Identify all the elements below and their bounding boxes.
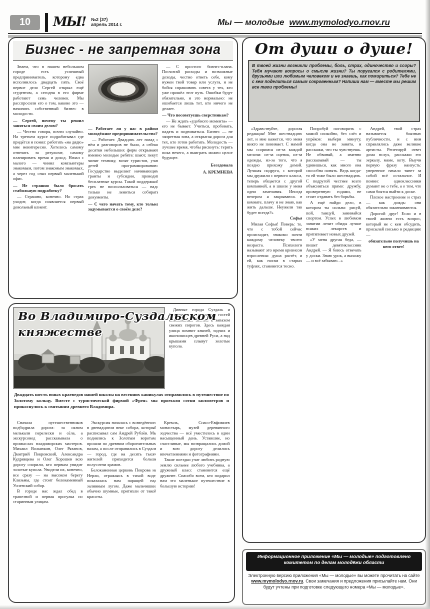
paragraph: В городе нас ждал обед в трапезной и пер… (13, 489, 83, 505)
article-soul: От души о душе! В твоей жизни возникли п… (242, 37, 426, 543)
paragraph: Андрей, твой страх называется боязнью пу… (366, 126, 421, 194)
site-url-link[interactable]: www.mymolodyo.rnov.ru (289, 17, 390, 27)
issue-info: №2 (37) апрель 2014 г. (91, 17, 131, 28)
paragraph: Дорогой друг! Если и в твоей жизни есть … (366, 211, 421, 237)
footer-site-link[interactable]: www.mymolodyo.rnov.ru (251, 579, 303, 584)
suzdal-lead-text: Двадцать шесть юных краеведов нашей школ… (14, 392, 229, 410)
masthead: Мы — молодые www.mymolodyo.rnov.ru (218, 17, 390, 27)
paragraph: Милая Софья! Поверь: то, что с тобой сей… (247, 221, 302, 268)
newspaper-page: 10 МЫ! №2 (37) апрель 2014 г. Мы — молод… (0, 0, 430, 609)
paragraph: Белокаменная церковь Покрова на Нерли, о… (87, 468, 157, 499)
article-suzdal: Во Владимиро-Суздальском княжестве (8, 303, 235, 603)
paragraph: Плохое настроение и страх — как дождь: о… (366, 195, 421, 211)
paragraph: «У меня другая беда, — пишет девятикласс… (306, 237, 361, 263)
footer-note-before: Электронную версию приложения «Мы — моло… (248, 573, 420, 578)
business-col-2: Своё дело — по плечу даже молодым — Рабо… (88, 64, 159, 297)
paragraph: — Страшно, конечно. Но страх уходит, ког… (13, 194, 84, 210)
soul-intro-box: В твоей жизни возникли проблемы, боль, с… (248, 60, 420, 122)
page-header: 10 МЫ! №2 (37) апрель 2014 г. Мы — молод… (10, 12, 418, 32)
paragraph: — Честно говоря, почти случайно. На трет… (13, 129, 84, 181)
suzdal-col-2: Экскурсия началась с возведённого в двен… (87, 420, 157, 598)
paragraph: А ещё найди дело, в котором ты сильна: р… (306, 200, 361, 237)
paragraph: Кремль, Спасо-Евфимиев монастырь, музей … (160, 420, 230, 457)
soul-columns: «Здравствуйте, дорогая редакция! Мне шес… (247, 126, 421, 547)
business-headline: Бизнес - не запретная зона (13, 41, 233, 61)
suzdal-top-row: Во Владимиро-Суздальском княжестве (13, 307, 230, 389)
paragraph: Такие поездки учат любить родную землю с… (160, 457, 230, 488)
paragraph: — Работает ли у нас в районе молодёжное … (88, 126, 159, 136)
scan-edge-bottom (0, 605, 430, 609)
footer-info-box: Информационное приложение «Мы — молодые»… (242, 549, 426, 605)
paragraph: — С чего начать тому, кто только задумыв… (88, 201, 159, 211)
suzdal-lead-box: Двадцать шесть юных краеведов нашей школ… (14, 392, 229, 418)
soul-intro-text: В твоей жизни возникли проблемы, боль, с… (252, 63, 416, 90)
footer-note: Электронную версию приложения «Мы — моло… (246, 573, 422, 590)
paragraph: Экскурсия началась с возведённого в двен… (87, 420, 157, 467)
paragraph: обязательно получишь на него ответ! (366, 239, 421, 249)
soul-col-3: Андрей, твой страх называется боязнью пу… (366, 126, 421, 547)
footer-banner-text: Информационное приложение «Мы — молодые»… (250, 554, 418, 566)
paper-logo: МЫ! (53, 15, 86, 30)
paragraph: Софья (247, 216, 302, 221)
article-business: Бизнес - не запретная зона Знаем, что в … (8, 37, 238, 299)
business-col-1: Знаем, что в нашем небольшом городе есть… (13, 64, 84, 297)
masthead-title: Мы — молодые (218, 17, 285, 27)
soul-col-1: «Здравствуйте, дорогая редакция! Мне шес… (247, 126, 302, 547)
paragraph: — Не ждать «удобного момента» — его не б… (162, 118, 233, 160)
paragraph: «Здравствуйте, дорогая редакция! Мне шес… (247, 126, 302, 215)
paragraph: — С простого бизнес-плана. Посчитай расх… (162, 64, 233, 111)
business-photo (88, 64, 159, 114)
soul-headline: От души о душе! (247, 41, 421, 58)
issue-date: апрель 2014 г. (91, 22, 131, 27)
paragraph: — Что посоветуешь сверстникам? (162, 113, 233, 118)
paragraph: Сначала путешественников подбодрила доро… (13, 420, 83, 488)
paragraph: — Работает. Двадцать лет назад о нём и р… (88, 137, 159, 200)
paragraph: Беседовала (162, 162, 233, 167)
suzdal-col-1: Сначала путешественников подбодрила доро… (13, 420, 83, 598)
footer-banner: Информационное приложение «Мы — молодые»… (246, 552, 422, 571)
business-col-3: — С простого бизнес-плана. Посчитай расх… (162, 64, 233, 297)
suzdal-columns: Сначала путешественников подбодрила доро… (13, 420, 230, 598)
header-divider (45, 13, 48, 32)
paragraph: Попробуй поговорить с мамой спокойно, бе… (306, 126, 361, 199)
page-number: 10 (10, 15, 40, 30)
soul-col-2: Попробуй поговорить с мамой спокойно, бе… (306, 126, 361, 547)
suzdal-headline: Во Владимиро-Суздальском княжестве (18, 309, 217, 340)
paragraph: Знаем, что в нашем небольшом городе есть… (13, 64, 84, 116)
paragraph: — Не страшно было бросать стабильную под… (13, 183, 84, 193)
footer-note-box: Электронную версию приложения «Мы — моло… (246, 573, 422, 603)
paragraph: — Сергей, почему ты решил заняться своим… (13, 118, 84, 128)
issue-number: №2 (37) (91, 17, 131, 22)
suzdal-col-3: Кремль, Спасо-Евфимиев монастырь, музей … (160, 420, 230, 598)
business-columns: Знаем, что в нашем небольшом городе есть… (13, 64, 233, 297)
paragraph: А. КРЕМНЕВА (162, 170, 233, 175)
